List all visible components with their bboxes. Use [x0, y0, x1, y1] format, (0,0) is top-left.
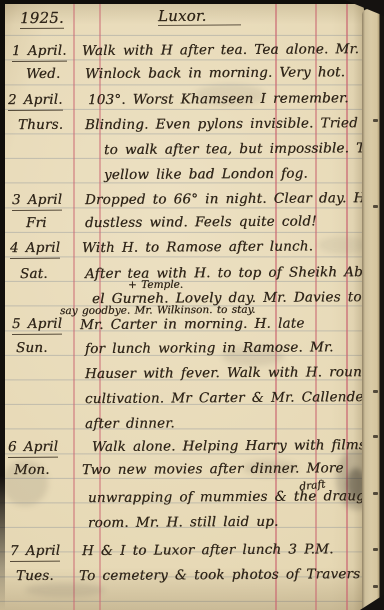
diary-line: Walk with H after tea. Tea alone. Mr. [82, 39, 359, 61]
entry-day: Wed. [26, 64, 61, 84]
entry-day: Tues. [16, 566, 54, 586]
notebook-page-scan: 1925. Luxor. 1 April. Wed. 2 April. Thur… [0, 0, 384, 610]
diary-line: to walk after tea, but impossible. Thick [104, 138, 384, 160]
diary-line: Two new movies after dinner. More [82, 458, 344, 480]
scan-edge-top [0, 0, 384, 4]
diary-page: 1925. Luxor. 1 April. Wed. 2 April. Thur… [0, 0, 364, 610]
next-page-edge [362, 9, 384, 610]
interlinear-note: say goodbye. Mr. Wilkinson. to stay. [60, 304, 256, 317]
adjacent-ink-mark [373, 548, 378, 551]
diary-line: 103°. Worst Khamseen I remember. [88, 88, 349, 110]
entry-date: 1 April. [12, 41, 67, 62]
diary-line: Mr. Carter in morning. H. late [80, 313, 305, 335]
diary-line: after dinner. [85, 413, 175, 434]
diary-line: Blinding. Even pylons invisible. Tried [85, 113, 358, 135]
entry-date: 4 April [10, 238, 60, 259]
adjacent-ink-mark [373, 492, 378, 495]
stain [318, 236, 368, 254]
adjacent-ink-mark [373, 119, 378, 122]
diary-line: cultivation. Mr Carter & Mr. Callender i… [85, 387, 384, 409]
scan-edge-left [0, 0, 5, 610]
diary-line: room. Mr. H. still laid up. [88, 512, 279, 533]
page-title-text: Luxor. [158, 6, 241, 26]
adjacent-ink-mark [373, 435, 378, 438]
entry-day: Fri [26, 213, 47, 233]
entry-date: 5 April [12, 314, 62, 335]
adjacent-ink-mark [373, 390, 378, 393]
adjacent-ink-mark [373, 585, 378, 588]
diary-line: Walk alone. Helping Harry with films [92, 435, 366, 457]
insertion-note: + Temple. [128, 279, 183, 291]
entry-day: Mon. [14, 460, 50, 480]
entry-day: Thurs. [18, 115, 63, 135]
diary-line: dustless wind. Feels quite cold! [85, 211, 317, 233]
diary-line: H & I to Luxor after lunch 3 P.M. [82, 539, 334, 561]
diary-line: unwrapping of mummies & the draughting [88, 486, 384, 508]
entry-day: Sun. [16, 338, 48, 358]
diary-line: To cemetery & took photos of Travers [79, 564, 360, 586]
entry-day: Sat. [20, 264, 48, 284]
diary-line: Hauser with fever. Walk with H. round [85, 362, 371, 384]
entry-date: 2 April. [8, 90, 63, 111]
diary-line: With H. to Ramose after lunch. [82, 236, 313, 258]
diary-line: Winlock back in morning. Very hot. [85, 62, 345, 84]
adjacent-ink-mark [373, 205, 378, 208]
year-label: 1925. [20, 8, 64, 29]
page-title: Luxor. [158, 5, 241, 26]
entry-date: 6 April [8, 437, 58, 458]
entry-date: 7 April [10, 541, 60, 562]
diary-line: Dropped to 66° in night. Clear day. High [85, 188, 384, 210]
diary-line: for lunch working in Ramose. Mr. [85, 337, 334, 359]
diary-line: yellow like bad London fog. [104, 164, 308, 185]
entry-date: 3 April [12, 190, 62, 211]
